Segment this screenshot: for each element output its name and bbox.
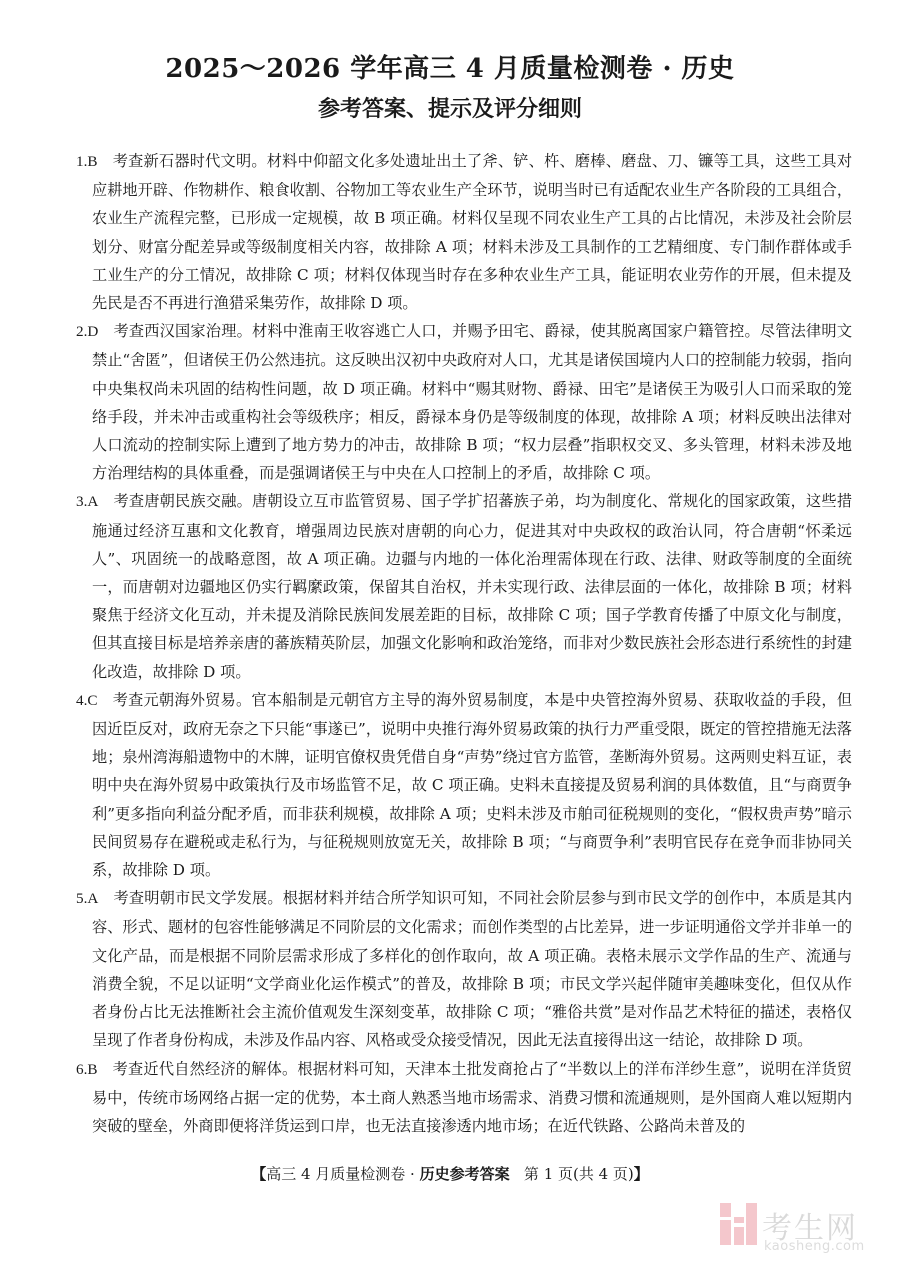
- answer-number: 6.: [76, 1061, 87, 1078]
- page-number: 第 1 页(共 4 页): [524, 1165, 634, 1183]
- answer-item-2: 2.D 考查西汉国家治理。材料中淮南王收容逃亡人口，并赐予田宅、爵禄，使其脱离国…: [76, 317, 852, 487]
- footer-open-bracket: 【: [251, 1165, 266, 1183]
- answer-explanation: 考查明朝市民文学发展。根据材料并结合所学知识可知，不同社会阶层参与到市民文学的创…: [92, 889, 852, 1049]
- answer-letter: D: [87, 323, 98, 340]
- answer-letter: B: [87, 1061, 97, 1078]
- answer-item-1: 1.B 考查新石器时代文明。材料中仰韶文化多处遗址出土了斧、铲、杵、磨棒、磨盘、…: [76, 147, 852, 317]
- answer-explanation: 考查新石器时代文明。材料中仰韶文化多处遗址出土了斧、铲、杵、磨棒、磨盘、刀、镰等…: [92, 152, 852, 312]
- footer-exam-name: 高三 4 月质量检测卷 ·: [266, 1165, 419, 1183]
- answer-number: 5.: [76, 890, 87, 907]
- watermark-url: kaosheng.com: [764, 1239, 865, 1254]
- answer-letter: B: [87, 153, 97, 170]
- answer-number: 4.: [76, 692, 87, 709]
- page-footer: 【高三 4 月质量检测卷 · 历史参考答案 第 1 页(共 4 页)】: [0, 1163, 900, 1184]
- answer-number: 3.: [76, 493, 87, 510]
- answer-letter: A: [87, 890, 98, 907]
- answer-list: 1.B 考查新石器时代文明。材料中仰韶文化多处遗址出土了斧、铲、杵、磨棒、磨盘、…: [76, 147, 852, 1140]
- answer-letter: C: [87, 692, 97, 709]
- answer-letter: A: [87, 493, 98, 510]
- answer-explanation: 考查唐朝民族交融。唐朝设立互市监管贸易、国子学扩招蕃族子弟，均为制度化、常规化的…: [92, 492, 852, 680]
- answer-item-3: 3.A 考查唐朝民族交融。唐朝设立互市监管贸易、国子学扩招蕃族子弟，均为制度化、…: [76, 487, 852, 685]
- document-subtitle: 参考答案、提示及评分细则: [0, 92, 900, 123]
- answer-item-6: 6.B 考查近代自然经济的解体。根据材料可知，天津本土批发商抢占了“半数以上的洋…: [76, 1055, 852, 1141]
- watermark: 考生网 kaosheng.com: [720, 1203, 900, 1263]
- answer-item-5: 5.A 考查明朝市民文学发展。根据材料并结合所学知识可知，不同社会阶层参与到市民…: [76, 884, 852, 1054]
- document-title: 2025～2026 学年高三 4 月质量检测卷 · 历史: [0, 48, 900, 85]
- answer-item-4: 4.C 考查元朝海外贸易。官本船制是元朝官方主导的海外贸易制度，本是中央管控海外…: [76, 686, 852, 884]
- answer-explanation: 考查西汉国家治理。材料中淮南王收容逃亡人口，并赐予田宅、爵禄，使其脱离国家户籍管…: [92, 322, 852, 482]
- answer-number: 2.: [76, 323, 87, 340]
- footer-doc-type: 历史参考答案: [420, 1165, 510, 1183]
- answer-number: 1.: [76, 153, 87, 170]
- answer-explanation: 考查元朝海外贸易。官本船制是元朝官方主导的海外贸易制度，本是中央管控海外贸易、获…: [92, 691, 852, 879]
- footer-close-bracket: 】: [634, 1165, 649, 1183]
- kaosheng-logo-icon: [720, 1203, 758, 1245]
- answer-explanation: 考查近代自然经济的解体。根据材料可知，天津本土批发商抢占了“半数以上的洋布洋纱生…: [92, 1060, 852, 1135]
